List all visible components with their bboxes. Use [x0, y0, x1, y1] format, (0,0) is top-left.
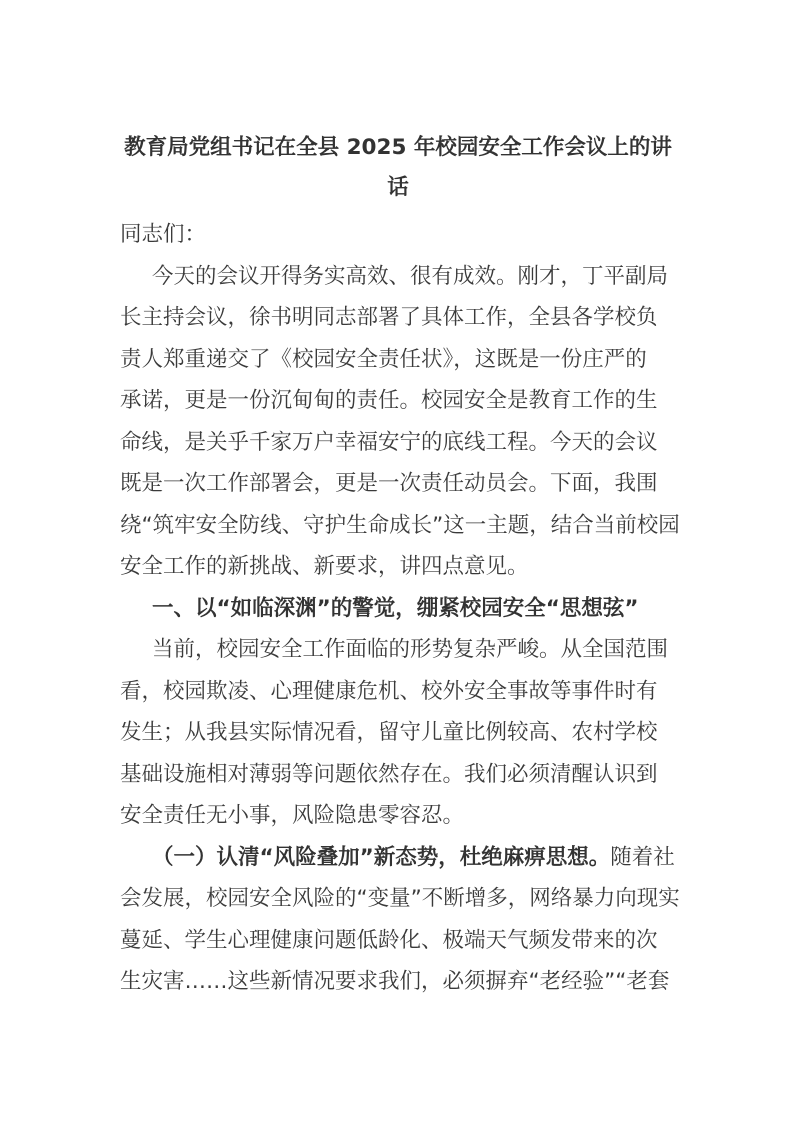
paragraph-line: 发生；从我县实际情况看，留守儿童比例较高、农村学校: [120, 712, 676, 754]
paragraph-line: 生灾害……这些新情况要求我们，必须摒弃“老经验”“老套: [120, 961, 676, 1003]
subsection-first-line-rest: 随着社: [610, 845, 675, 870]
paragraph-line: 长主持会议，徐书明同志部署了具体工作，全县各学校负: [120, 297, 676, 339]
paragraph-line: 绕“筑牢安全防线、守护生命成长”这一主题，结合当前校园: [120, 505, 676, 547]
subsection-bold-lead: （一）认清“风险叠加”新态势，杜绝麻痹思想。: [152, 845, 610, 870]
subsection-first-line: （一）认清“风险叠加”新态势，杜绝麻痹思想。随着社: [120, 837, 676, 879]
paragraph-line: 安全工作的新挑战、新要求，讲四点意见。: [120, 546, 676, 588]
salutation: 同志们：: [120, 214, 676, 256]
subsection-1: （一）认清“风险叠加”新态势，杜绝麻痹思想。随着社 会发展，校园安全风险的“变量…: [120, 837, 676, 1003]
paragraph-line: 当前，校园安全工作面临的形势复杂严峻。从全国范围: [120, 629, 676, 671]
paragraph-line: 看，校园欺凌、心理健康危机、校外安全事故等事件时有: [120, 671, 676, 713]
paragraph-line: 会发展，校园安全风险的“变量”不断增多，网络暴力向现实: [120, 878, 676, 920]
paragraph-line: 责人郑重递交了《校园安全责任状》，这既是一份庄严的: [120, 339, 676, 381]
document-title-line-1: 教育局党组书记在全县 2025 年校园安全工作会议上的讲: [120, 128, 676, 168]
paragraph-line: 今天的会议开得务实高效、很有成效。刚才，丁平副局: [120, 256, 676, 298]
section-heading-1: 一、以“如临深渊”的警觉，绷紧校园安全“思想弦”: [120, 588, 676, 630]
paragraph-line: 安全责任无小事，风险隐患零容忍。: [120, 795, 676, 837]
paragraph-situation: 当前，校园安全工作面临的形势复杂严峻。从全国范围 看，校园欺凌、心理健康危机、校…: [120, 629, 676, 837]
paragraph-line: 基础设施相对薄弱等问题依然存在。我们必须清醒认识到: [120, 754, 676, 796]
paragraph-line: 命线，是关乎千家万户幸福安宁的底线工程。今天的会议: [120, 422, 676, 464]
paragraph-intro: 今天的会议开得务实高效、很有成效。刚才，丁平副局 长主持会议，徐书明同志部署了具…: [120, 256, 676, 588]
document-title-line-2: 话: [120, 168, 676, 208]
paragraph-line: 蔓延、学生心理健康问题低龄化、极端天气频发带来的次: [120, 920, 676, 962]
paragraph-line: 既是一次工作部署会，更是一次责任动员会。下面，我围: [120, 463, 676, 505]
paragraph-line: 承诺，更是一份沉甸甸的责任。校园安全是教育工作的生: [120, 380, 676, 422]
document-page: 教育局党组书记在全县 2025 年校园安全工作会议上的讲 话 同志们： 今天的会…: [120, 128, 676, 1003]
